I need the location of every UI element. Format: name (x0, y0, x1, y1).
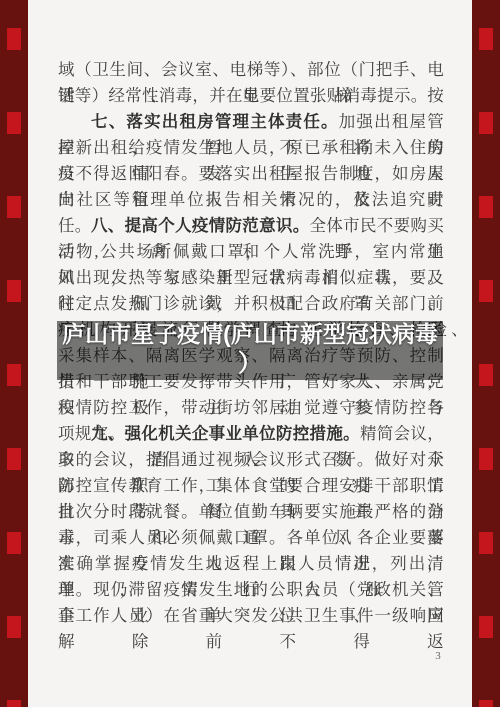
heading-bold: 九、强化机关企事业单位防控措施。 (91, 424, 360, 443)
left-decor-bar (0, 0, 28, 707)
text-line: 防控宣传教育工作，集体食堂要合理安排干部职工自带餐具并分 (58, 473, 444, 499)
text-line: 理。现仍滞留疫情发生地的公职人员（党政机关、事业单位、国 (58, 577, 444, 603)
text-line: 往定点发热门诊就诊，并积极配合政府有关部门、疾控机构、医 (58, 291, 444, 317)
text-line: 如出现发热等与感染新型冠状病毒相似症状，要及时佩戴口罩前 (58, 265, 444, 291)
text-line: 键等）经常性消毒，并在显要位置张贴消毒提示。 (58, 83, 444, 109)
overlay-title-banner: 庐山市星子疫情(庐山市新型冠状病毒 ） (57, 321, 443, 380)
text-line: 向社区等管理单位报告相关情况的，依法追究责任。 (58, 187, 444, 213)
text-line: 企工作人员）在省重大突发公共卫生事件一级响应解除前不得返 (58, 603, 444, 629)
text-line: 疫情防控工作，带动街坊邻居自觉遵守疫情防控各项规定。 (58, 395, 444, 421)
text-line: 准确掌握疫情发生地返程上岗人员情况，列出清单，实行台账管 (58, 551, 444, 577)
text-line: 九、强化机关企事业单位防控措施。精简会议，取消人数众 (58, 421, 444, 447)
text-line: 域（卫生间、会议室、电梯等）、部位（门把手、电话、电梯按 (58, 57, 444, 83)
text-line: 动物,公共场所佩戴口罩，个人常洗手，室内常通风，家里常消毒。 (58, 239, 444, 265)
overlay-title-line2: ） (238, 347, 262, 381)
right-decor-bar (472, 0, 500, 707)
text-line: 七、落实出租房管理主体责任。加强出租屋管控，暂不将房 (58, 109, 444, 135)
text-line: 多的会议，提倡通过视频会议形式召开。做好对干部职工的疫情 (58, 447, 444, 473)
heading-bold: 七、落实出租房管理主体责任。 (91, 112, 339, 131)
text-line: 员不得返回阳春。要落实出租屋报告制度，如房屋出租人未及时 (58, 161, 444, 187)
text-line: 八、提高个人疫情防范意识。全体市民不要购买活禽和野生 (58, 213, 444, 239)
left-decor-accents (7, 0, 21, 707)
text-line: 求，司乘人员必须佩戴口罩。各单位、各企业要落实专人跟进， (58, 525, 444, 551)
overlay-title-line1: 庐山市星子疫情(庐山市新型冠状病毒 (62, 319, 438, 349)
heading-bold: 八、提高个人疫情防范意识。 (91, 216, 310, 235)
text-line: 批次分时段就餐。单位值勤车辆要实施最严格的消毒和通风要 (58, 499, 444, 525)
page-number: 3 (431, 650, 445, 662)
text-line: 屋新出租给疫情发生地人员，原已承租尚未入住的疫情发生地人 (58, 135, 444, 161)
right-decor-accents (479, 0, 493, 707)
